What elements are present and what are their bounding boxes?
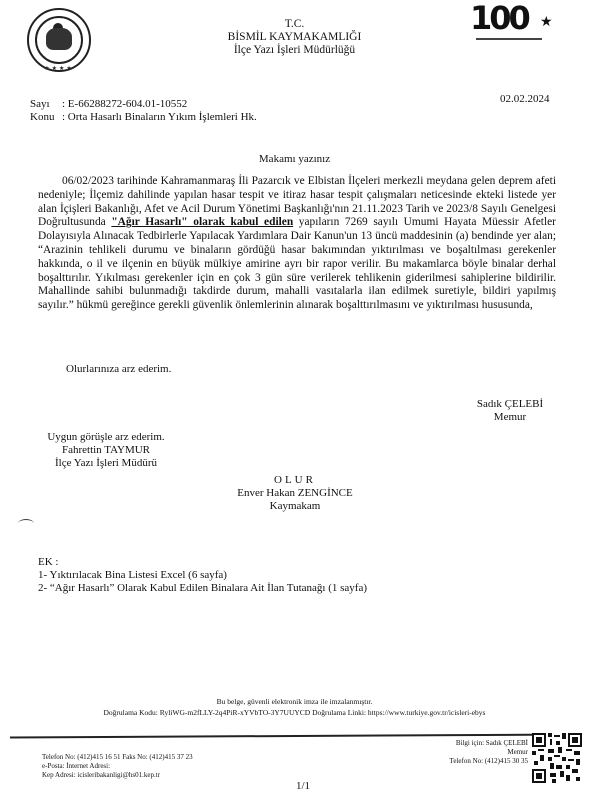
verification-code: Doğrulama Kodu: RyliWG-m2fLLY-2q4PiR-xYV… — [0, 707, 589, 718]
kep-address: Kep Adresi: icisleribakanligi@hs01.kep.t… — [42, 771, 193, 780]
signatory-preparer: Sadık ÇELEBİ Memur — [470, 398, 550, 424]
attachment-item: 2- “Ağır Hasarlı” Olarak Kabul Edilen Bi… — [38, 582, 367, 595]
phone-fax: Telefon No: (412)415 16 51 Faks No: (412… — [42, 753, 193, 762]
country-label: T.C. — [0, 18, 589, 31]
approver-title: Kaymakam — [200, 500, 390, 513]
institution-name: BİSMİL KAYMAKAMLIĞI — [0, 31, 589, 44]
subject-value: : Orta Hasarlı Binaların Yıkım İşlemleri… — [62, 111, 257, 123]
qr-code-icon — [532, 733, 582, 783]
attachments: EK : 1- Yıktırılacak Bina Listesi Excel … — [38, 556, 367, 595]
e-signature-notice: Bu belge, güvenli elektronik imza ile im… — [0, 696, 589, 718]
attachment-item: 1- Yıktırılacak Bina Listesi Excel (6 sa… — [38, 569, 367, 582]
signatory-title: Memur — [470, 411, 550, 424]
footer-divider — [10, 734, 570, 739]
esign-notice: Bu belge, güvenli elektronik imza ile im… — [0, 696, 589, 707]
contact-info: Telefon No: (412)415 16 51 Faks No: (412… — [42, 753, 193, 780]
scan-mark — [18, 519, 34, 528]
signatory-name: Sadık ÇELEBİ — [470, 398, 550, 411]
reference-row: Sayı: E-66288272-604.01-10552 — [30, 98, 257, 111]
attachments-label: EK : — [38, 556, 367, 569]
department-name: İlçe Yazı İşleri Müdürlüğü — [0, 44, 589, 57]
document-meta: Sayı: E-66288272-604.01-10552 Konu: Orta… — [30, 98, 257, 124]
seal-stars: ★★★★ — [29, 65, 89, 72]
closing-line: Olurlarınıza arz ederim. — [66, 363, 171, 375]
info-contact: Bilgi için: Sadık ÇELEBİ Memur Telefon N… — [400, 739, 528, 766]
approval-word: OLUR — [200, 474, 390, 487]
page-number: 1/1 — [296, 780, 310, 792]
info-title: Memur — [400, 748, 528, 757]
body-paragraph: 06/02/2023 tarihinde Kahramanmaraş İli P… — [38, 175, 556, 313]
signatory-name: Fahrettin TAYMUR — [36, 444, 176, 457]
document-date: 02.02.2024 — [500, 93, 550, 105]
signatory-note: Uygun görüşle arz ederim. — [36, 431, 176, 444]
approver-name: Enver Hakan ZENGİNCE — [200, 487, 390, 500]
info-phone: Telefon No: (412)415 30 35 — [400, 757, 528, 766]
body-emphasis: "Ağır Hasarlı" olarak kabul edilen — [111, 216, 293, 228]
reference-value: : E-66288272-604.01-10552 — [62, 98, 187, 110]
subject-row: Konu: Orta Hasarlı Binaların Yıkım İşlem… — [30, 111, 257, 124]
signatory-manager: Uygun görüşle arz ederim. Fahrettin TAYM… — [36, 431, 176, 470]
subject-label: Konu — [30, 111, 62, 124]
email-web: e-Posta: İnternet Adresi: — [42, 762, 193, 771]
body-part-2: yapıların 7269 sayılı Umumi Hayata Müess… — [38, 216, 556, 311]
approval-block: OLUR Enver Hakan ZENGİNCE Kaymakam — [200, 474, 390, 513]
info-person: Bilgi için: Sadık ÇELEBİ — [400, 739, 528, 748]
signatory-title: İlçe Yazı İşleri Müdürü — [36, 457, 176, 470]
letterhead: T.C. BİSMİL KAYMAKAMLIĞI İlçe Yazı İşler… — [0, 18, 589, 57]
reference-label: Sayı — [30, 98, 62, 111]
document-title: Makamı yazınız — [0, 153, 589, 165]
